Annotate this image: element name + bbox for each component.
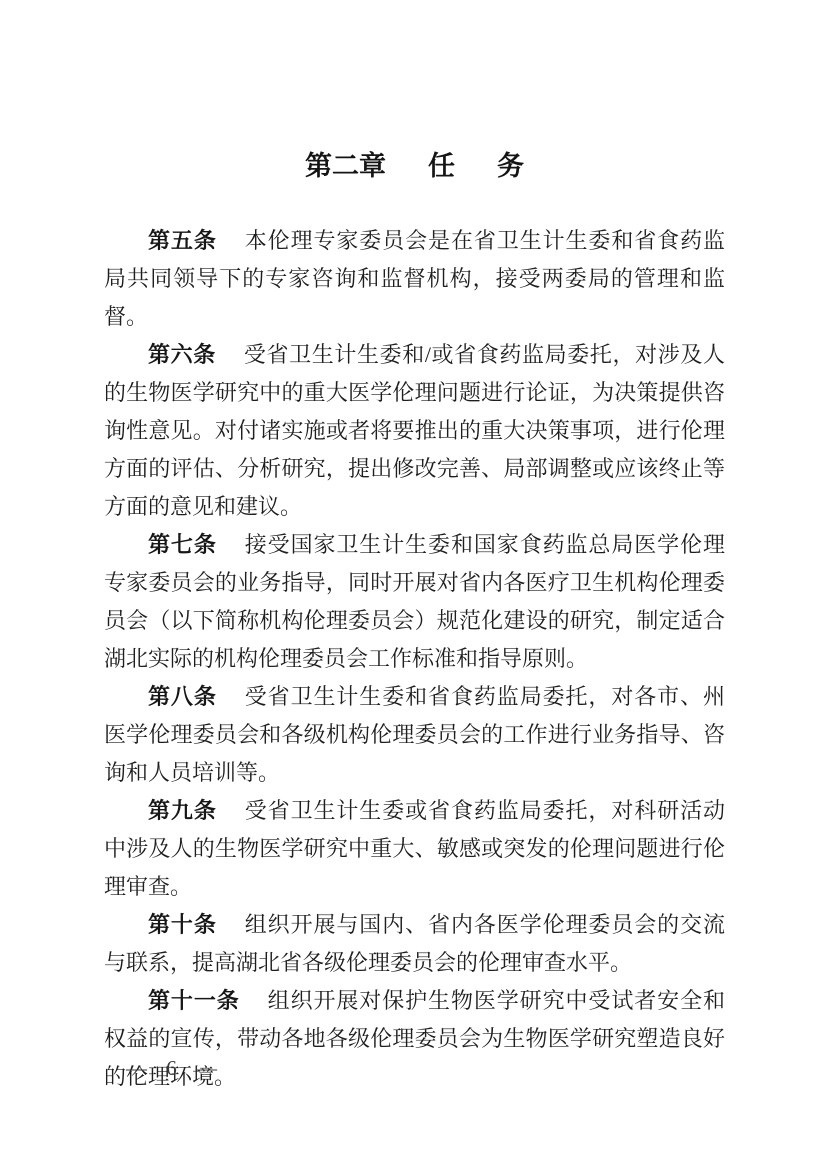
article-number: 第五条: [148, 228, 217, 253]
document-content: 第二章 任 务 第五条本伦理专家委员会是在省卫生计生委和省食药监局共同领导下的专…: [104, 148, 725, 1096]
article-paragraph-9: 第九条受省卫生计生委或省食药监局委托，对科研活动中涉及人的生物医学研究中重大、敏…: [104, 792, 725, 906]
article-paragraph-7: 第七条接受国家卫生计生委和国家食药监总局医学伦理专家委员会的业务指导，同时开展对…: [104, 526, 725, 678]
chapter-title-char-1: 任: [428, 148, 455, 184]
chapter-title-char-2: 务: [497, 148, 524, 184]
chapter-heading: 第二章 任 务: [104, 148, 725, 184]
article-number: 第六条: [148, 342, 216, 367]
article-paragraph-8: 第八条受省卫生计生委和省食药监局委托，对各市、州医学伦理委员会和各级机构伦理委员…: [104, 678, 725, 792]
article-paragraph-6: 第六条受省卫生计生委和/或省食药监局委托，对涉及人的生物医学研究中的重大医学伦理…: [104, 336, 725, 526]
article-number: 第十条: [148, 912, 217, 937]
chapter-number: 第二章: [305, 148, 386, 184]
article-text: 受省卫生计生委和/或省食药监局委托，对涉及人的生物医学研究中的重大医学伦理问题进…: [104, 342, 725, 519]
article-number: 第九条: [148, 798, 217, 823]
article-paragraph-10: 第十条组织开展与国内、省内各医学伦理委员会的交流与联系，提高湖北省各级伦理委员会…: [104, 906, 725, 982]
article-number: 第七条: [148, 532, 217, 557]
page-number: — 6 —: [126, 1056, 224, 1080]
article-number: 第八条: [148, 684, 217, 709]
article-paragraph-5: 第五条本伦理专家委员会是在省卫生计生委和省食药监局共同领导下的专家咨询和监督机构…: [104, 222, 725, 336]
article-number: 第十一条: [148, 988, 240, 1013]
document-page: 第二章 任 务 第五条本伦理专家委员会是在省卫生计生委和省食药监局共同领导下的专…: [0, 0, 827, 1169]
